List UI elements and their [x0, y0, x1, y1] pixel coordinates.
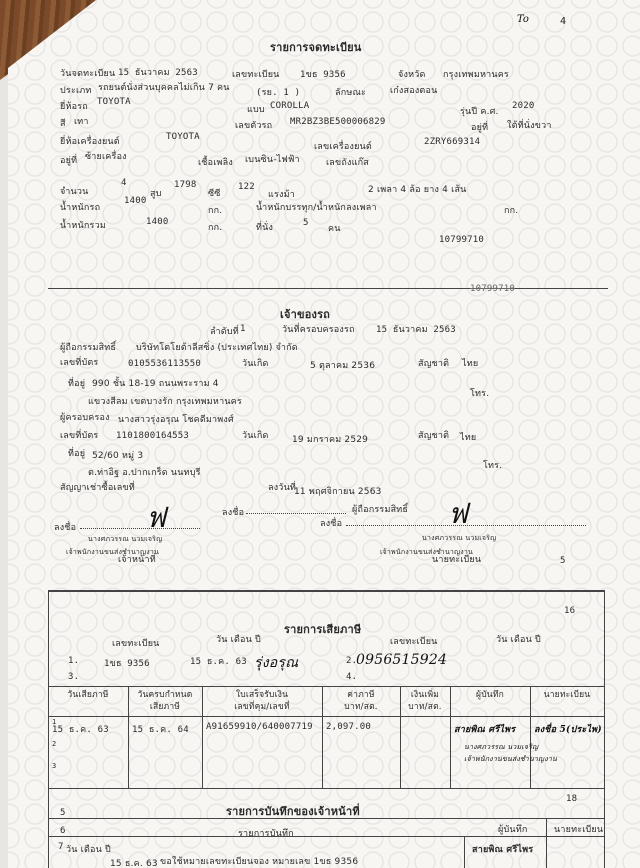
tax-section-top-border: [48, 590, 604, 592]
owner-title: เจ้าของรถ: [280, 305, 330, 323]
tax-cell-recorder: สายพิณ ศรีไพร: [454, 722, 515, 736]
page-number: 4: [560, 16, 566, 27]
engine-brand-label: ยี่ห้อเครื่องยนต์: [60, 134, 120, 148]
section-divider: [48, 288, 608, 289]
possessor-tel-label: โทร.: [483, 458, 502, 472]
engine-loc-label: อยู่ที่: [60, 153, 77, 167]
total-weight-unit: กก.: [208, 220, 222, 234]
seats-label: ที่นั่ง: [256, 220, 273, 234]
order-label: ลำดับที่: [210, 324, 239, 338]
fuel-value: เบนซิน-ไฟฟ้า: [245, 152, 300, 166]
tax-row-number: 3: [52, 762, 56, 770]
load-unit: กก.: [504, 203, 518, 217]
seats-unit: คน: [328, 221, 341, 235]
tax-header-5: ผู้บันทึก: [454, 689, 526, 701]
officer-note1: ขอใช้หมายเลขทะเบียนจอง หมายเลข 1ขธ 9356: [160, 854, 358, 868]
mark-16: 16: [564, 606, 575, 616]
reg-date: 15 ธันวาคม 2563: [118, 65, 198, 79]
tax-col-plate-2: เลขทะเบียน: [390, 634, 438, 648]
holder-id-label: เลขที่บัตร: [60, 355, 98, 369]
tax-row1-date: 15 ธ.ค. 63: [190, 654, 247, 668]
officer-col-registrar: นายทะเบียน: [554, 822, 603, 836]
possessor-addr-label: ที่อยู่: [68, 446, 85, 460]
weight-label: น้ำหนักรถ: [60, 200, 100, 214]
lease-date-label: ลงวันที่: [268, 480, 296, 494]
holder-sign-label: ผู้ถือกรรมสิทธิ์: [352, 502, 408, 516]
officer-col-recorder: ผู้บันทึก: [498, 822, 528, 836]
plate-value: 1ขธ 9356: [300, 67, 346, 81]
tax-cell-paid: 15 ธ.ค. 63: [52, 722, 109, 736]
holder-signature: ฟ: [448, 492, 468, 536]
type-value: รถยนต์นั่งส่วนบุคคลไม่เกิน 7 คน: [98, 80, 230, 94]
brand-value: TOYOTA: [97, 97, 131, 107]
engine-no: 2ZRY669314: [424, 137, 480, 147]
axle-wheel: 2 เพลา 4 ล้อ ยาง 4 เส้น: [368, 182, 467, 196]
possess-date: 15 ธันวาคม 2563: [376, 322, 456, 336]
tax-col-date: วัน เดือน ปี: [216, 632, 261, 646]
lease-date: 11 พฤศจิกายน 2563: [294, 484, 382, 498]
mark-5: 5: [560, 556, 566, 566]
left-sign-label: ลงชื่อ: [54, 520, 76, 534]
right-sign-label: ลงชื่อ: [320, 516, 342, 530]
possessor-addr2: ต.ท่าอิฐ อ.ปากเกร็ด นนทบุรี: [88, 465, 201, 479]
possessor-birth-label: วันเกิด: [242, 428, 269, 442]
document-number: 10799710: [439, 235, 484, 245]
officer-col-date: วัน เดือน ปี: [66, 842, 111, 856]
cylinders: 4: [121, 178, 127, 188]
holder-nation-label: สัญชาติ: [418, 356, 449, 370]
lease-label: สัญญาเช่าซื้อเลขที่: [60, 480, 135, 494]
tax-cell-registrar: ลงชื่อ 5(ประไพ): [534, 722, 602, 736]
cyl-unit: สูบ: [150, 186, 162, 200]
gas-tank-label: เลขถังแก๊ส: [326, 155, 369, 169]
holder-tel-label: โทร.: [470, 386, 489, 400]
year-label: รุ่นปี ค.ศ.: [460, 104, 499, 118]
chassis-location: ใต้ที่นั่งขวา: [507, 118, 552, 132]
seats-value: 5: [303, 218, 309, 228]
tax-header-2: ใบเสร็จรับเงิน เลขที่คุม/เลขที่: [206, 689, 318, 713]
tax-header-0: วันเสียภาษี: [52, 689, 124, 701]
right-officer-name: นางศภวรรณ นวมเจริญ: [422, 533, 496, 544]
registration-title: รายการจดทะเบียน: [270, 38, 362, 56]
cc-unit: ซีซี: [208, 186, 221, 200]
handwritten-phone: 0956515924: [356, 652, 447, 668]
chassis-label: เลขตัวรถ: [235, 118, 272, 132]
tax-cell-due: 15 ธ.ค. 64: [132, 722, 189, 736]
holder-addr2: แขวงสีลม เขตบางรัก กรุงเทพมหานคร: [88, 394, 242, 408]
tax-title: รายการเสียภาษี: [284, 620, 361, 638]
tax-row3-no: 3.: [68, 672, 79, 682]
weight-unit: กก.: [208, 203, 222, 217]
year-value: 2020: [512, 101, 534, 111]
brand-label: ยี่ห้อรถ: [60, 99, 88, 113]
type-label: ประเภท: [60, 83, 92, 97]
total-weight-label: น้ำหนักรวม: [60, 218, 106, 232]
officer-row-6: 6: [60, 826, 66, 836]
province-value: กรุงเทพมหานคร: [443, 67, 509, 81]
color-label: สี: [60, 116, 66, 130]
possess-date-label: วันที่ครอบครองรถ: [282, 322, 355, 336]
tax-header-1: วันครบกำหนด เสียภาษี: [132, 689, 198, 713]
holder-id: 0105536113550: [128, 359, 201, 369]
hp-unit: แรงม้า: [268, 187, 295, 201]
possessor-value: นางสาวรุ่งอรุณ โชคดีมาพงศ์: [118, 412, 234, 426]
officer-recorder-name: สายพิณ ศรีไพร: [472, 842, 533, 856]
tax-row1-no: 1.: [68, 656, 79, 666]
load-label: น้ำหนักบรรทุก/น้ำหนักลงเพลา: [256, 200, 377, 214]
count-label: จำนวน: [60, 184, 89, 198]
left-officer-name: นางศภวรรณ นวมเจริญ: [88, 534, 162, 545]
engine-no-label: เลขเครื่องยนต์: [314, 139, 372, 153]
province-label: จังหวัด: [398, 67, 426, 81]
possessor-addr1: 52/60 หมู่ 3: [92, 448, 143, 462]
holder-addr-label: ที่อยู่: [68, 376, 85, 390]
possessor-id-label: เลขที่บัตร: [60, 428, 98, 442]
tax-cell-receipt: A91659910/640007719: [206, 722, 313, 732]
holder-value: บริษัทโตโยต้าลีสซิ่ง (ประเทศไทย) จำกัด: [136, 340, 298, 354]
tax-stamp-name: นางศภวรรณ นวมเจริญ: [464, 742, 538, 753]
tax-col-plate: เลขทะเบียน: [112, 636, 160, 650]
mark-18: 18: [566, 794, 577, 804]
order-value: 1: [240, 324, 246, 334]
right-officer-role: นายทะเบียน: [432, 552, 481, 566]
officer-row-7: 7: [58, 842, 64, 852]
possessor-nation-label: สัญชาติ: [418, 428, 449, 442]
chassis-value: MR2BZ3BE500006829: [290, 117, 386, 127]
sign-label: ลงชื่อ: [222, 505, 244, 519]
plate-label: เลขทะเบียน: [232, 67, 280, 81]
style-value: เก๋งสองตอน: [390, 83, 437, 97]
tax-cell-tax: 2,097.00: [326, 722, 371, 732]
fuel-label: เชื้อเพลิง: [198, 155, 233, 169]
struck-document-number: 10799710: [470, 284, 515, 294]
model-value: COROLLA: [270, 101, 309, 111]
tax-row4-no: 4.: [346, 672, 357, 682]
hp-value: 122: [238, 182, 255, 192]
weight-value: 1400: [124, 196, 146, 206]
tax-col-date-2: วัน เดือน ปี: [496, 632, 541, 646]
chassis-location-label: อยู่ที่: [471, 120, 488, 134]
officer-col-note: รายการบันทึก: [238, 826, 294, 840]
holder-addr1: 990 ชั้น 18-19 ถนนพระราม 4: [92, 376, 219, 390]
tax-header-4: เงินเพิ่ม บาท/สต.: [404, 689, 446, 713]
cc-value: 1798: [174, 180, 196, 190]
holder-birth: 5 ตุลาคม 2536: [310, 358, 375, 372]
possessor-id: 1101800164553: [116, 431, 189, 441]
left-officer-role: เจ้าหน้าที่: [118, 552, 156, 566]
engine-brand: TOYOTA: [166, 132, 200, 142]
officer-note1-date: 15 ธ.ค. 63: [110, 856, 158, 868]
color-value: เทา: [74, 114, 89, 128]
tax-row-number: 2: [52, 740, 56, 748]
tax-row1-plate: 1ขธ 9356: [104, 656, 150, 670]
possessor-nation: ไทย: [460, 430, 476, 444]
corner-mark: To: [517, 14, 529, 25]
holder-label: ผู้ถือกรรมสิทธิ์: [60, 340, 116, 354]
possessor-label: ผู้ครอบครอง: [60, 410, 110, 424]
type-code: (รย. 1 ): [256, 85, 300, 99]
model-label: แบบ: [247, 102, 265, 116]
holder-birth-label: วันเกิด: [242, 356, 269, 370]
tax-header-3: ค่าภาษี บาท/สต.: [326, 689, 396, 713]
holder-nation: ไทย: [462, 356, 478, 370]
possessor-birth: 19 มกราคม 2529: [292, 432, 368, 446]
engine-loc: ซ้ายเครื่อง: [85, 149, 127, 163]
tax-header-6: นายทะเบียน: [534, 689, 600, 701]
officer-row-5: 5: [60, 808, 66, 818]
handwritten-name: รุ่งอรุณ: [254, 652, 298, 674]
reg-date-label: วันจดทะเบียน: [60, 66, 115, 80]
tax-stamp-title: เจ้าพนักงานขนส่งชำนาญงาน: [464, 754, 557, 765]
total-weight: 1400: [146, 217, 168, 227]
style-label: ลักษณะ: [335, 85, 366, 99]
